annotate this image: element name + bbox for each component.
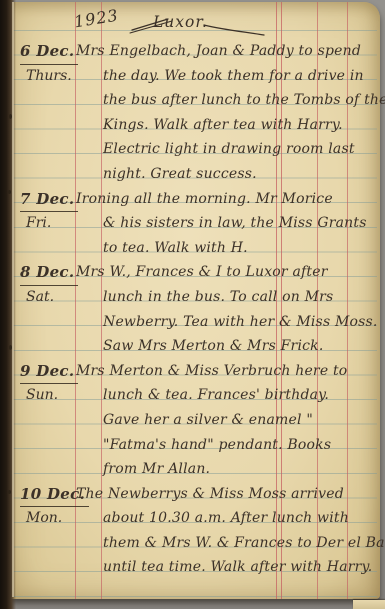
entry-lines: Ironing all the morning. Mr Morice& his …: [76, 187, 374, 261]
entry-text-line: about 10.30 a.m. After lunch with: [76, 506, 374, 531]
entry-text-line: lunch in the bus. To call on Mrs: [76, 285, 374, 310]
entry-day: Thurs.: [26, 64, 72, 89]
diary-entry: 6 Dec.Thurs.Mrs Engelbach, Joan & Paddy …: [10, 39, 374, 187]
entry-lines: Mrs W., Frances & I to Luxor afterlunch …: [76, 260, 374, 358]
entry-text-line: until tea time. Walk after with Harry.: [76, 555, 374, 580]
entry-text-line: from Mr Allan.: [76, 457, 374, 482]
entry-lines: The Newberrys & Miss Moss arrivedabout 1…: [76, 482, 374, 580]
entry-lines: Mrs Engelbach, Joan & Paddy to spendthe …: [76, 39, 374, 187]
entry-date: 9 Dec.: [20, 359, 78, 385]
entry-text-line: Newberry. Tea with her & Miss Moss.: [76, 310, 374, 335]
title-flourish-mark: [202, 22, 268, 38]
diary-entry: 7 Dec.Fri.Ironing all the morning. Mr Mo…: [10, 187, 374, 261]
entry-text-line: The Newberrys & Miss Moss arrived: [76, 482, 374, 507]
entry-text-line: Saw Mrs Merton & Mrs Frick.: [76, 334, 374, 359]
page-title: Luxor.: [153, 13, 208, 31]
page-edge-highlight: [12, 2, 14, 597]
diary-entry: 8 Dec.Sat.Mrs W., Frances & I to Luxor a…: [10, 260, 374, 358]
entry-text-line: to tea. Walk with H.: [76, 236, 374, 261]
page-header: 1923 Luxor.: [10, 2, 380, 40]
entry-text-line: Mrs Engelbach, Joan & Paddy to spend: [76, 39, 374, 64]
entry-text-line: the day. We took them for a drive in: [76, 64, 374, 89]
entry-lines: Mrs Merton & Miss Verbruch here tolunch …: [76, 359, 374, 482]
entry-text-line: the bus after lunch to the Tombs of the: [76, 88, 374, 113]
entry-date: 7 Dec.: [20, 187, 78, 213]
entry-date: 10 Dec.: [20, 482, 89, 508]
entries: 6 Dec.Thurs.Mrs Engelbach, Joan & Paddy …: [10, 39, 374, 580]
ink-speck: [9, 345, 12, 350]
year-label: 1923: [73, 6, 120, 32]
next-page-edge: [353, 600, 385, 609]
ink-speck: [8, 190, 11, 194]
diary-entry: 10 Dec.Mon.The Newberrys & Miss Moss arr…: [10, 482, 374, 580]
photo-background: 1923 Luxor. 6 Dec.Thurs.Mrs Engelbach, J…: [0, 0, 385, 609]
entry-day: Sat.: [26, 285, 54, 310]
entry-text-line: Mrs W., Frances & I to Luxor after: [76, 260, 374, 285]
entry-day: Mon.: [26, 506, 62, 531]
ink-speck: [9, 114, 12, 119]
entry-text-line: Kings. Walk after tea with Harry.: [76, 113, 374, 138]
entry-text-line: "Fatma's hand" pendant. Books: [76, 433, 374, 458]
entry-text-line: lunch & tea. Frances' birthday.: [76, 383, 374, 408]
entry-date: 6 Dec.: [20, 39, 78, 65]
ink-speck: [8, 490, 11, 494]
entry-day: Sun.: [26, 383, 58, 408]
entry-text-line: Ironing all the morning. Mr Morice: [76, 187, 374, 212]
entry-text-line: Gave her a silver & enamel ": [76, 408, 374, 433]
entry-text-line: them & Mrs W. & Frances to Der el Bahari: [76, 531, 374, 556]
entry-text-line: Mrs Merton & Miss Verbruch here to: [76, 359, 374, 384]
entry-date: 8 Dec.: [20, 260, 78, 286]
entry-text-line: & his sisters in law, the Miss Grants: [76, 211, 374, 236]
entry-text-line: night. Great success.: [76, 162, 374, 187]
entry-day: Fri.: [26, 211, 51, 236]
diary-entry: 9 Dec.Sun.Mrs Merton & Miss Verbruch her…: [10, 359, 374, 482]
diary-page: 1923 Luxor. 6 Dec.Thurs.Mrs Engelbach, J…: [10, 2, 380, 599]
entry-text-line: Electric light in drawing room last: [76, 137, 374, 162]
